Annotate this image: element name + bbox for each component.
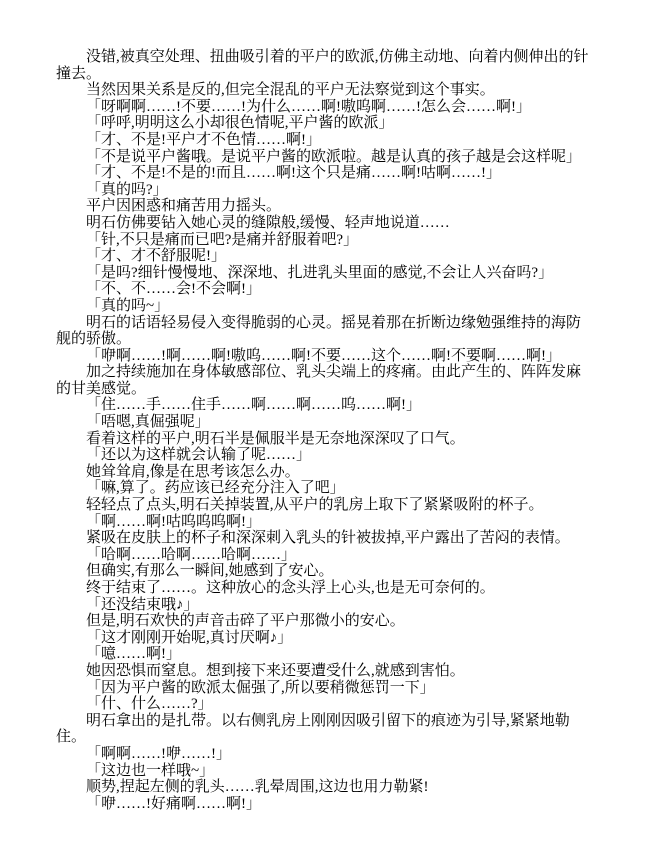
document-page: 没错,被真空处理、扭曲吸引着的平户的欧派,仿佛主动地、向着内侧伸出的针撞去。当然… (0, 0, 650, 850)
paragraph: 「唔嗯,真倔强呢」 (56, 414, 595, 431)
paragraph: 「哈啊……哈啊……哈啊……」 (56, 547, 595, 564)
paragraph: 「这边也一样哦~」 (56, 763, 595, 780)
paragraph: 明石仿佛要钻入她心灵的缝隙般,缓慢、轻声地说道…… (56, 215, 595, 232)
paragraph: 平户因困惑和痛苦用力摇头。 (56, 198, 595, 215)
paragraph: 「还没结束哦♪」 (56, 597, 595, 614)
paragraph: 「嘛,算了。药应该已经充分注入了吧」 (56, 480, 595, 497)
paragraph: 「啊啊……!咿……!」 (56, 746, 595, 763)
paragraph: 「不、不……会!不会啊!」 (56, 281, 595, 298)
paragraph: 轻轻点了点头,明石关掉装置,从平户的乳房上取下了紧紧吸附的杯子。 (56, 497, 595, 514)
paragraph: 「才、不是!不是的!而且……啊!这个只是痛……啊!咕啊……!」 (56, 165, 595, 182)
paragraph: 「咿啊……!啊……啊!嗷呜……啊!不要……这个……啊!不要啊……啊!」 (56, 348, 595, 365)
paragraph: 「咿……!好痛啊……啊!」 (56, 796, 595, 813)
paragraph: 「啊……啊!咕呜呜呜啊!」 (56, 514, 595, 531)
paragraph: 「呼呼,明明这么小却很色情呢,平户酱的欧派」 (56, 115, 595, 132)
paragraph: 她耸耸肩,像是在思考该怎么办。 (56, 464, 595, 481)
paragraph: 「因为平户酱的欧派太倔强了,所以要稍微惩罚一下」 (56, 680, 595, 697)
paragraph: 紧吸在皮肤上的杯子和深深刺入乳头的针被拔掉,平户露出了苦闷的表情。 (56, 530, 595, 547)
paragraph: 「真的吗?」 (56, 182, 595, 199)
paragraph: 「真的吗~」 (56, 298, 595, 315)
paragraph: 当然因果关系是反的,但完全混乱的平户无法察觉到这个事实。 (56, 82, 595, 99)
paragraph: 「是吗?细针慢慢地、深深地、扎进乳头里面的感觉,不会让人兴奋吗?」 (56, 265, 595, 282)
paragraph: 她因恐惧而窒息。想到接下来还要遭受什么,就感到害怕。 (56, 663, 595, 680)
paragraph: 「针,不只是痛而已吧?是痛并舒服着吧?」 (56, 232, 595, 249)
paragraph: 「不是说平户酱哦。是说平户酱的欧派啦。越是认真的孩子越是会这样呢」 (56, 149, 595, 166)
text-body: 没错,被真空处理、扭曲吸引着的平户的欧派,仿佛主动地、向着内侧伸出的针撞去。当然… (56, 49, 595, 812)
paragraph: 「才、不是!平户才不色情……啊!」 (56, 132, 595, 149)
paragraph: 「还以为这样就会认输了呢……」 (56, 447, 595, 464)
paragraph: 明石的话语轻易侵入变得脆弱的心灵。摇晃着那在折断边缘勉强维持的海防舰的骄傲。 (56, 315, 595, 348)
paragraph: 终于结束了……。这种放心的念头浮上心头,也是无可奈何的。 (56, 580, 595, 597)
paragraph: 看着这样的平户,明石半是佩服半是无奈地深深叹了口气。 (56, 431, 595, 448)
paragraph: 没错,被真空处理、扭曲吸引着的平户的欧派,仿佛主动地、向着内侧伸出的针撞去。 (56, 49, 595, 82)
paragraph: 「什、什么……?」 (56, 696, 595, 713)
paragraph: 明石拿出的是扎带。以右侧乳房上刚刚因吸引留下的痕迹为引导,紧紧地勒住。 (56, 713, 595, 746)
paragraph: 「住……手……住手……啊……啊……呜……啊!」 (56, 397, 595, 414)
paragraph: 加之持续施加在身体敏感部位、乳头尖端上的疼痛。由此产生的、阵阵发麻的甘美感觉。 (56, 364, 595, 397)
paragraph: 「噫……啊!」 (56, 646, 595, 663)
paragraph: 但是,明石欢快的声音击碎了平户那微小的安心。 (56, 613, 595, 630)
paragraph: 「才、才不舒服呢!」 (56, 248, 595, 265)
paragraph: 「这才刚刚开始呢,真讨厌啊♪」 (56, 630, 595, 647)
paragraph: 顺势,捏起左侧的乳头……乳晕周围,这边也用力勒紧! (56, 779, 595, 796)
paragraph: 但确实,有那么一瞬间,她感到了安心。 (56, 563, 595, 580)
paragraph: 「呀啊啊……!不要……!为什么……啊!嗷呜啊……!怎么会……啊!」 (56, 99, 595, 116)
